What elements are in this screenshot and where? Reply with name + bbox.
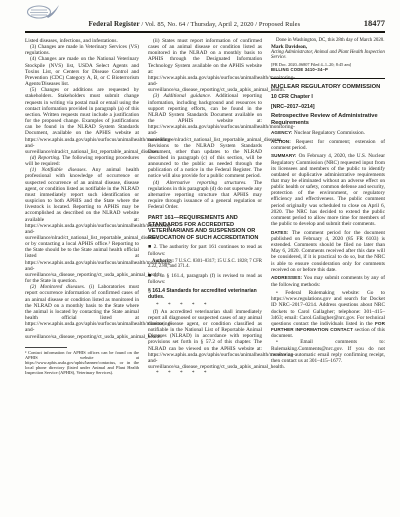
running-head-issue: / Vol. 85, No. 64 / Thursday, April 2, 2… [140,21,300,28]
part-161-heading: PART 161—REQUIREMENTS AND STANDARDS FOR … [148,215,262,241]
agency-text: Nuclear Regulatory Commission. [293,130,365,136]
addresses-label: ADDRESSES: [271,275,302,280]
paragraph: (f) An accredited veterinarian shall imm… [148,309,262,371]
document-title: Retrospective Review of Administrative R… [271,113,385,126]
paragraph: (4) Changes are made on the National Vet… [25,56,139,87]
paragraph: (2) Monitored diseases. (i) Laboratories… [25,284,139,339]
paragraph: (1) Notifiable diseases. Any animal heal… [25,167,139,284]
paragraph-lead: (4) Alternative reporting structures. [153,180,247,186]
footnote-text: ³ Contact information for APHIS offices … [25,350,139,375]
running-head: Federal Register / Vol. 85, No. 64 / Thu… [25,20,364,28]
billing-code: BILLING CODE 3410–34–P [271,67,385,72]
page-header: Federal Register / Vol. 85, No. 64 / Thu… [25,18,385,28]
method-bullet-email: • Email comments to: Rulemaking.Comments… [271,339,385,364]
paragraph: (4) Alternative reporting structures. Th… [148,180,262,211]
paragraph: (5) Changes or additions are requested b… [25,87,139,155]
signature-date: Done in Washington, DC, this 28th day of… [271,38,385,44]
agency-label: AGENCY: [271,130,293,135]
running-head-title: Federal Register [89,20,140,28]
paragraph-text: (3) Changes are made in Veterinary Servi… [25,44,139,56]
method-bullet-rulemaking-website: • Federal Rulemaking website: Go to http… [271,290,385,339]
authority-citation: Authority: 7 U.S.C. 8301–8317; 15 U.S.C.… [148,259,262,270]
summary-label: SUMMARY: [271,153,297,158]
addresses-field: ADDRESSES: You may submit comments by an… [271,275,385,287]
footnote: ³ Contact information for APHIS offices … [25,350,139,375]
footnote-rule [25,347,67,348]
bullet-text: • Federal Rulemaking website: Go to http… [271,290,385,327]
column-2: (ii) States must report information of c… [148,38,262,377]
docket-number: [NRC–2017–0214] [271,104,385,110]
document-separator-rule [271,78,385,79]
summary-field: SUMMARY: On February 4, 2020, the U.S. N… [271,153,385,227]
paragraph: (3) Changes are made in Veterinary Servi… [25,44,139,56]
column-1: Listed diseases, infections, and infesta… [25,38,139,377]
column-3: Done in Washington, DC, this 28th day of… [271,38,385,377]
paragraph: (ii) States must report information of c… [148,38,262,93]
signatory-title: Acting Administrator, Animal and Plant H… [271,50,385,61]
asterisk-separator: * * * * * [148,370,262,377]
cfr-chapter-heading: 10 CFR Chapter I [271,94,385,100]
amendment-instruction-3: ■ 3. In § 161.4, paragraph (f) is revise… [148,273,262,285]
amendment-instruction-2: ■ 2. The authority for part 161 continue… [148,244,262,256]
section-161-4-heading: § 161.4 Standards for accredited veterin… [148,288,262,300]
paragraph-text: (4) Changes are made on the National Vet… [25,56,139,87]
bullet-text: • Email comments to: Rulemaking.Comments… [271,339,385,363]
action-field: ACTION: Request for comment; extension o… [271,139,385,151]
agency-heading: NUCLEAR REGULATORY COMMISSION [271,84,385,91]
summary-text: On February 4, 2020, the U.S. Nuclear Re… [271,153,385,227]
header-rule [25,31,385,33]
paragraph-lead: (3) Additional guidance. [153,93,211,99]
action-label: ACTION: [271,139,291,144]
paragraph-lead: (d) Reporting. [30,155,60,161]
paragraph: (3) Additional guidance. Additional repo… [148,93,262,179]
page-number: 18477 [364,18,385,28]
federal-register-page: Federal Register / Vol. 85, No. 64 / Thu… [0,0,400,517]
dates-label: DATES: [271,230,288,235]
agency-field: AGENCY: Nuclear Regulatory Commission. [271,130,385,136]
text-columns: Listed diseases, infections, and infesta… [25,38,385,377]
dates-field: DATES: The comment period for the docume… [271,230,385,273]
authority-label: Authority: [152,259,174,264]
dates-text: The comment period for the document publ… [271,230,385,273]
paragraph: (d) Reporting. The following reporting p… [25,155,139,167]
footnote-block: ³ Contact information for APHIS offices … [25,347,139,375]
